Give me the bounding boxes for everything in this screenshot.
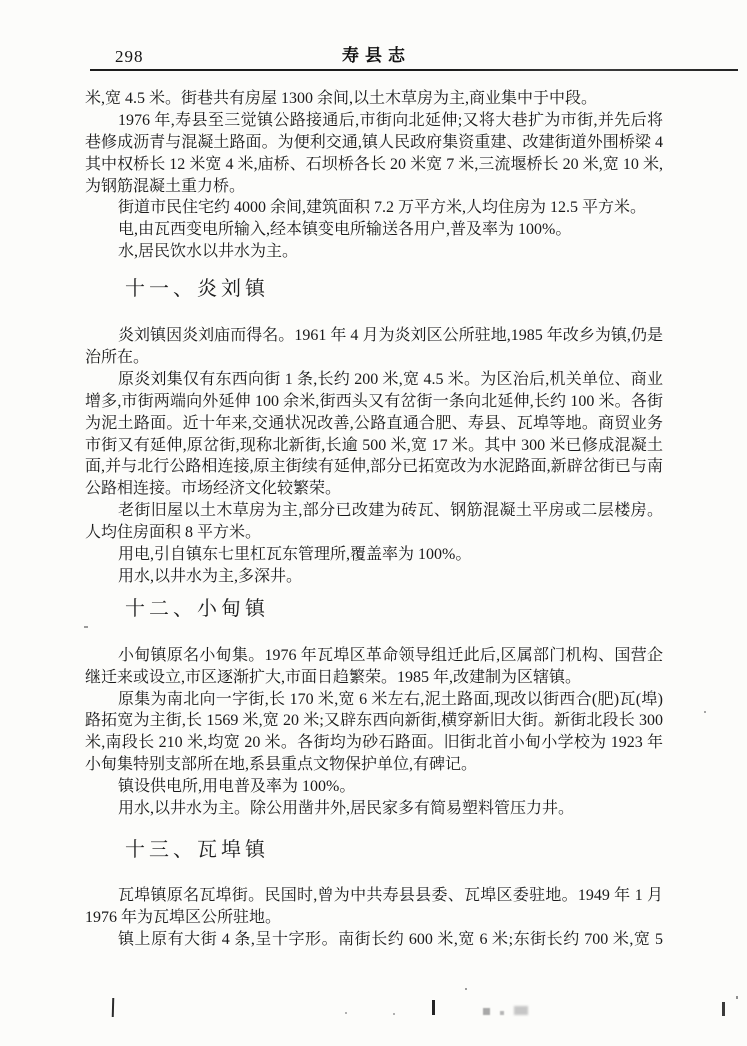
text-line: 镇上原有大街 4 条,呈十字形。南街长约 600 米,宽 6 米;东街长约 70… (85, 929, 663, 951)
text-line: 用电,引自镇东七里杠瓦东管理所,覆盖率为 100%。 (85, 544, 663, 566)
text-line: 瓦埠镇原名瓦埠街。民国时,曾为中共寿县县委、瓦埠区委驻地。1949 年 1 月至 (85, 885, 663, 907)
text-line: 水,居民饮水以井水为主。 (85, 241, 663, 263)
text-line: 电,由瓦西变电所输入,经本镇变电所输送各用户,普及率为 100%。 (85, 219, 663, 241)
text-line: 镇设供电所,用电普及率为 100%。 (85, 776, 663, 798)
text-line: 原集为南北向一字街,长 170 米,宽 6 米左右,泥土路面,现改以街西合(肥)… (85, 689, 663, 711)
book-title: 寿县志 (0, 46, 747, 65)
text-line: 米,南段长 210 米,均宽 20 米。各街均为砂石路面。旧街北首小甸小学校为 … (85, 732, 663, 754)
text-line: 为泥土路面。近十年来,交通状况改善,公路直通合肥、寿县、瓦埠等地。商贸业务日增, (85, 413, 663, 435)
text-line: 治所在。 (85, 347, 663, 369)
section-heading: 十三、瓦埠镇 (125, 838, 663, 862)
scan-artifact (514, 1006, 528, 1015)
section-heading: 十一、炎刘镇 (125, 277, 663, 301)
scan-artifact (736, 996, 738, 999)
scan-artifact (112, 998, 114, 1017)
text-line: 增多,市街两端向外延伸 100 余米,街西头又有岔街一条向北延伸,长约 100 … (85, 391, 663, 413)
text-line: 小甸集特别支部所在地,系县重点文物保护单位,有碑记。 (85, 754, 663, 776)
text-line: 为钢筋混凝土重力桥。 (85, 176, 663, 198)
text-line: 用水,以井水为主,多深井。 (85, 566, 663, 588)
text-line: 其中权桥长 12 米宽 4 米,庙桥、石坝桥各长 20 米宽 7 米,三流堰桥长… (85, 154, 663, 176)
scan-artifact (483, 1008, 490, 1015)
scan-artifact (393, 1013, 395, 1015)
section-heading: 十二、小甸镇 (125, 597, 663, 621)
scan-artifact (84, 626, 88, 628)
text-line: 巷修成沥青与混凝土路面。为便利交通,镇人民政府集资重建、改建街道外围桥梁 4 座… (85, 132, 663, 154)
scanned-book-page: 298 寿县志 米,宽 4.5 米。街巷共有房屋 1300 余间,以土木草房为主… (0, 0, 747, 1046)
scan-artifact (704, 711, 706, 713)
text-line: 1976 年,寿县至三觉镇公路接通后,市街向北延伸;又将大巷扩为市街,并先后将街 (85, 110, 663, 132)
text-line: 路拓宽为主街,长 1569 米,宽 20 米;又辟东西向新街,横穿新旧大街。新街… (85, 710, 663, 732)
text-line: 市街又有延伸,原岔街,现称北新街,长逾 500 米,宽 17 米。其中 300 … (85, 435, 663, 457)
scan-artifact (465, 988, 467, 990)
text-line: 用水,以井水为主。除公用凿井外,居民家多有简易塑料管压力井。 (85, 798, 663, 820)
text-line: 小甸镇原名小甸集。1976 年瓦埠区革命领导组迁此后,区属部门机构、国营企业相 (85, 645, 663, 667)
scan-artifact (432, 1000, 435, 1015)
text-line: 老街旧屋以土木草房为主,部分已改建为砖瓦、钢筋混凝土平房或二层楼房。市区现 (85, 500, 663, 522)
scan-artifact (500, 1011, 504, 1015)
text-line: 原炎刘集仅有东西向街 1 条,长约 200 米,宽 4.5 米。为区治后,机关单… (85, 369, 663, 391)
text-line: 米,宽 4.5 米。街巷共有房屋 1300 余间,以土木草房为主,商业集中于中段… (85, 88, 663, 110)
scan-artifact (345, 1012, 347, 1014)
text-line: 面,并与北行公路相连接,原主街续有延伸,部分已拓宽改为水泥路面,新辟岔街已与南行 (85, 456, 663, 478)
text-line: 继迁来或设立,市区逐渐扩大,市面日趋繁荣。1985 年,改建制为区辖镇。 (85, 667, 663, 689)
text-line: 炎刘镇因炎刘庙而得名。1961 年 4 月为炎刘区公所驻地,1985 年改乡为镇… (85, 325, 663, 347)
header-rule (90, 69, 738, 71)
text-line: 人均住房面积 8 平方米。 (85, 522, 663, 544)
scan-artifact (722, 1002, 725, 1016)
text-line: 1976 年为瓦埠区公所驻地。 (85, 907, 663, 929)
text-line: 街道市民住宅约 4000 余间,建筑面积 7.2 万平方米,人均住房为 12.5… (85, 197, 663, 219)
text-line: 公路相连接。市场经济文化较繁荣。 (85, 478, 663, 500)
body-text: 米,宽 4.5 米。街巷共有房屋 1300 余间,以土木草房为主,商业集中于中段… (85, 88, 663, 951)
